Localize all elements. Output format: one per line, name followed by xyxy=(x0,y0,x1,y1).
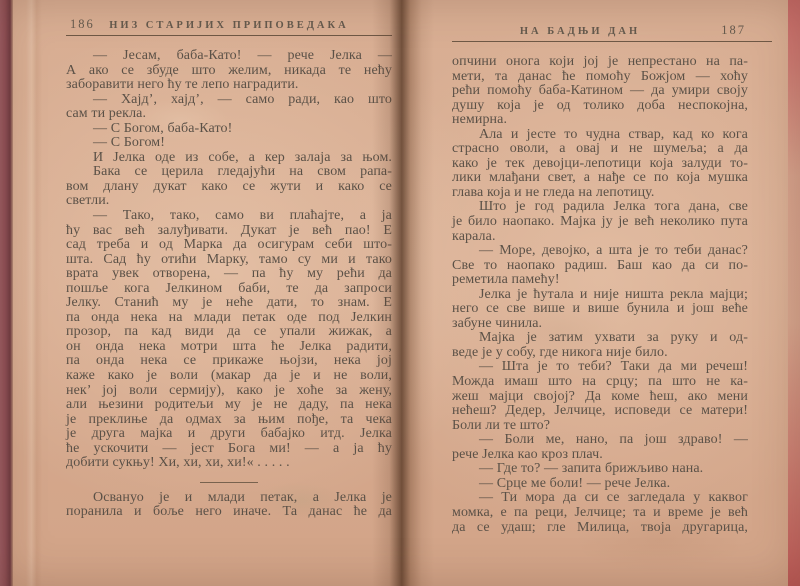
book-cover-left-edge xyxy=(0,0,13,586)
text-line: — Боли ме, нано, па још здраво! — xyxy=(452,433,748,448)
text-line: рече Јелка као кроз плач. xyxy=(452,448,748,463)
book-spread-scan: 186 НИЗ СТАРИЈИХ ПРИПОВЕДАКА — Јесам, ба… xyxy=(0,0,800,586)
text-line: нек’ јој воли сермију), како је хоће за … xyxy=(66,384,392,399)
text-line: — Ти мора да си се загледала у каквог xyxy=(452,491,748,506)
left-page-text: — Јесам, баба-Като! — рече Јелка —А ако … xyxy=(66,49,392,520)
text-line: прозор, па кад види да се упали жижак, а xyxy=(66,325,392,340)
text-line: страсно оволи, а овај и не шумеља; а да xyxy=(452,142,748,157)
left-page-header: 186 НИЗ СТАРИЈИХ ПРИПОВЕДАКА xyxy=(66,14,392,35)
text-line: врата увек отворена, — па ћу му рећи да xyxy=(66,267,392,282)
text-line: Што је год радила Јелка тога дана, све xyxy=(452,200,748,215)
text-line: душу која је од толико доба неспокојна, xyxy=(452,99,748,114)
text-line: ће ускочити — јест Бога ми! — а ја ћу xyxy=(66,442,392,457)
text-line: лики млађани свет, а нађе се по која муш… xyxy=(452,171,748,186)
text-line: — С Богом, баба-Като! xyxy=(66,122,392,137)
text-line: Освануо је и млади петак, а Јелка је xyxy=(66,491,392,506)
text-line: сад треба и од Марка да осигурам себи шт… xyxy=(66,238,392,253)
text-line: па онда нека се прикаже њојзи, нека јој xyxy=(66,354,392,369)
text-line: момка, е па реци, Јелчице; та и време је… xyxy=(452,506,748,521)
text-line: Боли ли те што? xyxy=(452,419,748,434)
header-rule xyxy=(452,41,772,42)
running-header: НА БАДЊИ ДАН xyxy=(452,26,708,37)
text-line: Бака се церила гледајући на свом рапа- xyxy=(66,165,392,180)
text-line: — Море, девојко, а шта је то теби данас? xyxy=(452,244,748,259)
text-line: он онда нека мотри шта ће Јелка радити, xyxy=(66,340,392,355)
text-line: нећеш? Дедер, Јелчице, исповеди се матер… xyxy=(452,404,748,419)
text-line: — Јесам, баба-Като! — рече Јелка — xyxy=(66,49,392,64)
text-line: шта. Сад ћу отићи Марку, тамо су ми и та… xyxy=(66,253,392,268)
left-page: 186 НИЗ СТАРИЈИХ ПРИПОВЕДАКА — Јесам, ба… xyxy=(66,14,392,520)
text-line: карала. xyxy=(452,230,748,245)
text-line: — Хајд’, хајд’, — само ради, као што xyxy=(66,93,392,108)
text-line: — С Богом! xyxy=(66,136,392,151)
text-line: веде је у собу, где никога није било. xyxy=(452,346,748,361)
text-line: светли. xyxy=(66,194,392,209)
section-divider xyxy=(66,471,392,491)
right-page-header: НА БАДЊИ ДАН 187 xyxy=(452,20,748,41)
text-line: сам ти рекла. xyxy=(66,107,392,122)
text-line: Јелка је ћутала и није ништа рекла мајци… xyxy=(452,288,748,303)
header-rule xyxy=(66,35,392,36)
running-header: НИЗ СТАРИЈИХ ПРИПОВЕДАКА xyxy=(66,20,392,31)
right-page-text: опчини онога који јој је непрестано на п… xyxy=(452,55,748,535)
text-line: — Где то? — запита брижљиво нана. xyxy=(452,462,748,477)
page-number: 187 xyxy=(721,23,746,38)
text-line: Можда имаш што на срцу; па што не ка- xyxy=(452,375,748,390)
text-line: заборавити него ћу те лепо наградити. xyxy=(66,78,392,93)
text-line: добити сукњу! Хи, хи, хи, хи!« . . . . . xyxy=(66,456,392,471)
right-page: НА БАДЊИ ДАН 187 опчини онога који јој ј… xyxy=(452,20,748,535)
text-line: је било наопако. Мајка ју је већ неколик… xyxy=(452,215,748,230)
text-line: је преклиње да одмах за њим пође, та чек… xyxy=(66,413,392,428)
text-line: мети, та данас ће помоћу Божјом — хоћу xyxy=(452,70,748,85)
text-line: вом длану дукат како се жути и како се xyxy=(66,180,392,195)
text-line: па онда нека на млади петак оде под Јелк… xyxy=(66,311,392,326)
text-line: него се све више и више бунила и још већ… xyxy=(452,302,748,317)
text-line: да се удаш; гле Милица, твоја другарица, xyxy=(452,521,748,536)
divider-line xyxy=(200,482,258,483)
page-crease xyxy=(26,0,42,586)
text-line: реметила памећу! xyxy=(452,273,748,288)
text-line: је друга мајка и други бабајко итд. Јелк… xyxy=(66,427,392,442)
text-line: жеш мајци својој? Да коме ћеш, ако мени xyxy=(452,390,748,405)
text-line: каже како је воли (макар да је и не воли… xyxy=(66,369,392,384)
text-line: — Шта је то теби? Таки да ми речеш! xyxy=(452,360,748,375)
text-line: опчини онога који јој је непрестано на п… xyxy=(452,55,748,70)
text-line: Ала и јесте то чудна ствар, кад ко кога xyxy=(452,128,748,143)
book-cover-right-edge xyxy=(788,0,800,586)
text-line: како је тек девојци-лепотици која залуди… xyxy=(452,157,748,172)
text-line: пошље кога Јелкином баби, те да запроси xyxy=(66,282,392,297)
text-line: — Срце ме боли! — рече Јелка. xyxy=(452,477,748,492)
text-line: Све то наопако радиш. Баш као да си по- xyxy=(452,259,748,274)
text-line: али њезини родитељи му је не даду, па не… xyxy=(66,398,392,413)
text-line: Јелку. Станић му је неће дати, то знам. … xyxy=(66,296,392,311)
text-line: — Тако, тако, само ви плаћајте, а ја xyxy=(66,209,392,224)
text-line: И Јелка оде из собе, а кер залаја за њом… xyxy=(66,151,392,166)
text-line: глава која и не гледа на лепотицу. xyxy=(452,186,748,201)
text-line: ћу вас већ залуђивати. Дукат је већ пао!… xyxy=(66,224,392,239)
text-line: забуне чинила. xyxy=(452,317,748,332)
text-line: А ако се збуде што желим, никада те нећу xyxy=(66,64,392,79)
text-line: поранила и боље него иначе. Та данас ће … xyxy=(66,505,392,520)
text-line: Мајка је затим ухвати за руку и од- xyxy=(452,331,748,346)
text-line: рећи помоћу баба-Катином — да умири свој… xyxy=(452,84,748,99)
text-line: немирна. xyxy=(452,113,748,128)
